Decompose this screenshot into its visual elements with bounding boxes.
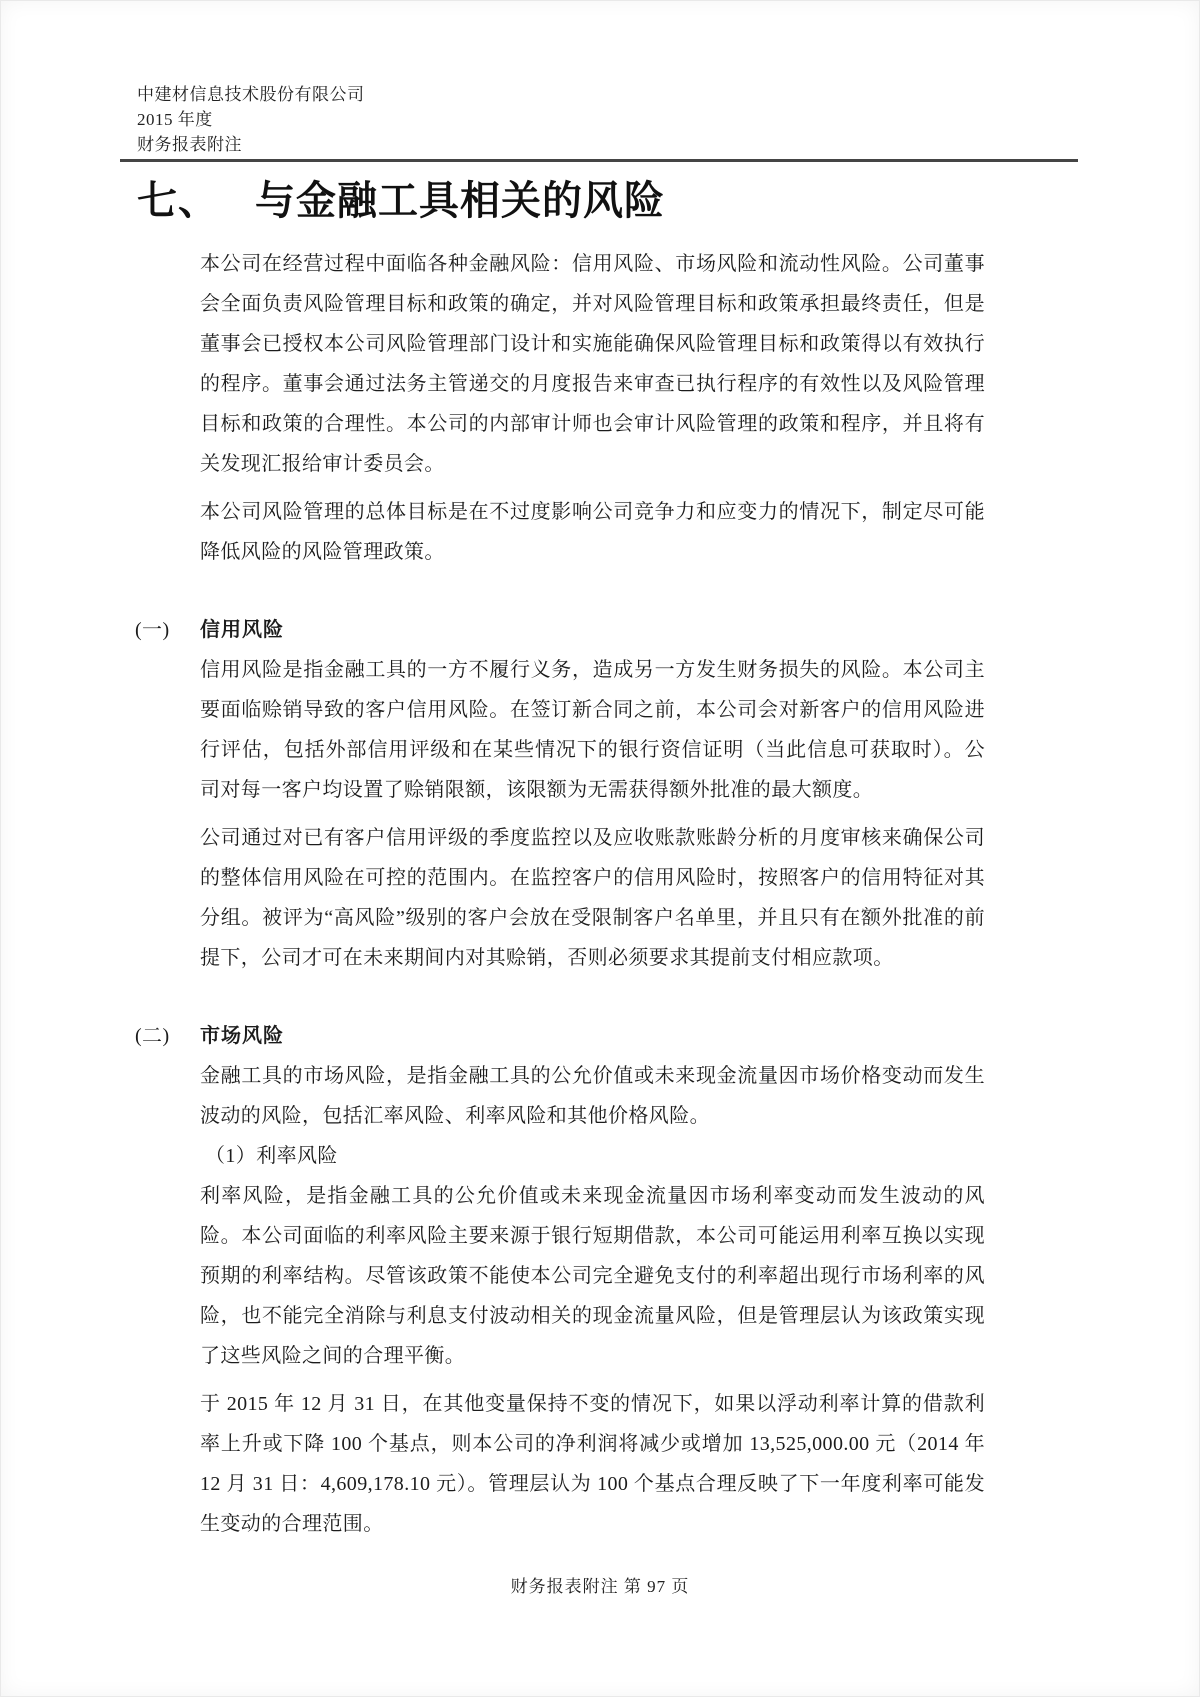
chapter-title: 七、 与金融工具相关的风险: [137, 178, 1200, 224]
interest-rate-risk-paragraph: 于 2015 年 12 月 31 日，在其他变量保持不变的情况下，如果以浮动利率…: [200, 1384, 985, 1544]
page-footer: 财务报表附注 第 97 页: [0, 1572, 1200, 1597]
section-label: 信用风险: [200, 610, 284, 650]
header-fiscal-year: 2015 年度: [137, 107, 1200, 132]
page-header: 中建材信息技术股份有限公司 2015 年度 财务报表附注: [137, 0, 1200, 157]
document-body: 本公司在经营过程中面临各种金融风险：信用风险、市场风险和流动性风险。公司董事会全…: [135, 244, 985, 1544]
intro-paragraph: 本公司在经营过程中面临各种金融风险：信用风险、市场风险和流动性风险。公司董事会全…: [200, 244, 985, 484]
header-doc-type: 财务报表附注: [137, 132, 1200, 157]
intro-paragraph: 本公司风险管理的总体目标是在不过度影响公司竞争力和应变力的情况下，制定尽可能降低…: [200, 492, 985, 572]
header-company-name: 中建材信息技术股份有限公司: [137, 82, 1200, 107]
section-heading-credit-risk: (一) 信用风险: [135, 610, 985, 650]
section-heading-market-risk: (二) 市场风险: [135, 1016, 985, 1056]
page-footer-text: 财务报表附注 第 97 页: [511, 1577, 690, 1596]
interest-rate-risk-paragraph: 利率风险，是指金融工具的公允价值或未来现金流量因市场利率变动而发生波动的风险。本…: [200, 1176, 985, 1376]
subsection-label-interest-rate-risk: （1）利率风险: [205, 1136, 985, 1176]
section-label: 市场风险: [200, 1016, 284, 1056]
market-risk-paragraph: 金融工具的市场风险，是指金融工具的公允价值或未来现金流量因市场价格变动而发生波动…: [200, 1056, 985, 1136]
chapter-title-text: 与金融工具相关的风险: [255, 178, 665, 224]
section-number: (二): [135, 1016, 200, 1056]
header-divider: [120, 159, 1078, 162]
credit-risk-paragraph: 信用风险是指金融工具的一方不履行义务，造成另一方发生财务损失的风险。本公司主要面…: [200, 650, 985, 810]
document-page: 中建材信息技术股份有限公司 2015 年度 财务报表附注 七、 与金融工具相关的…: [0, 0, 1200, 1697]
credit-risk-paragraph: 公司通过对已有客户信用评级的季度监控以及应收账款账龄分析的月度审核来确保公司的整…: [200, 818, 985, 978]
chapter-number: 七、: [137, 178, 255, 224]
section-number: (一): [135, 610, 200, 650]
